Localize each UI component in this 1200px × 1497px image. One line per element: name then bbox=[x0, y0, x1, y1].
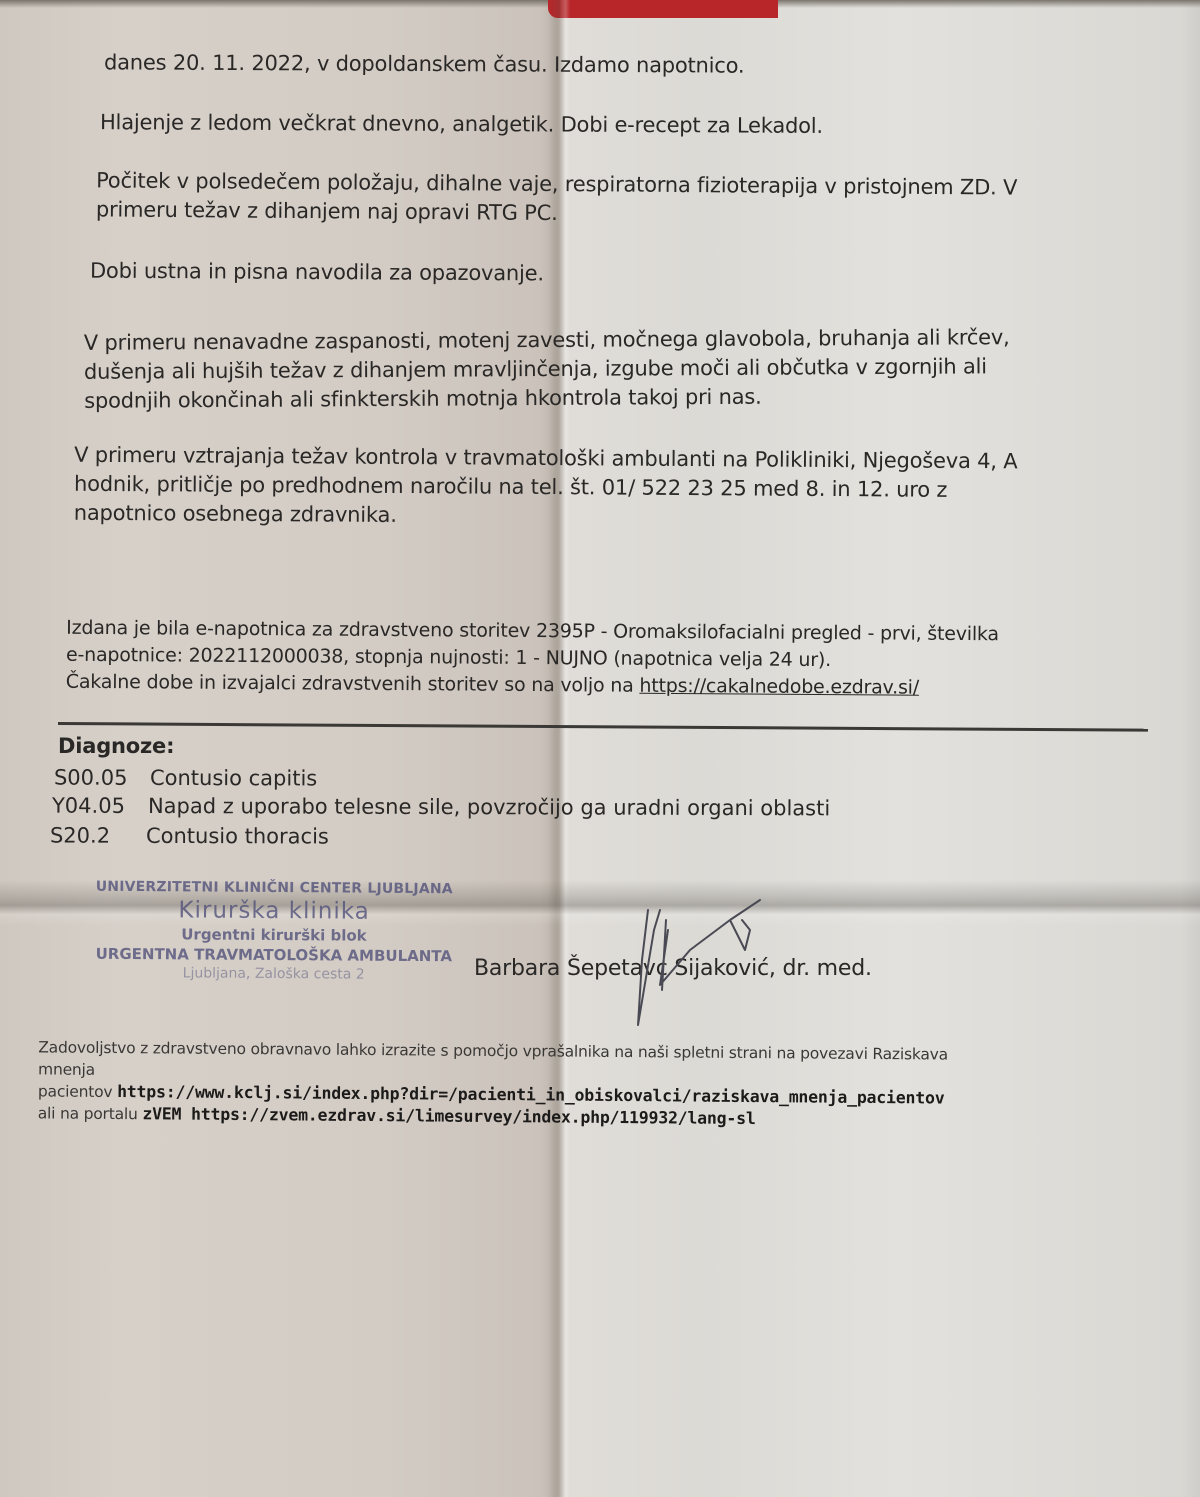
diagnosis-row: S20.2Contusio thoracis bbox=[50, 822, 329, 851]
stamp-line-clinic: Kirurška klinika bbox=[84, 897, 464, 926]
diagnoses-title: Diagnoze: bbox=[58, 732, 174, 761]
handwritten-signature bbox=[620, 890, 820, 1040]
paragraph-rest-instructions: Počitek v polsedečem položaju, dihalne v… bbox=[96, 166, 1018, 231]
paragraph-follow-up: V primeru vztrajanja težav kontrola v tr… bbox=[74, 441, 1018, 535]
diagnosis-code: S20.2 bbox=[50, 822, 146, 850]
referral-line-3-text: Čakalne dobe in izvajalci zdravstvenih s… bbox=[66, 671, 640, 697]
referral-info: Izdana je bila e-napotnica za zdravstven… bbox=[66, 615, 999, 703]
stamp-line-ambulance: URGENTNA TRAVMATOLOŠKA AMBULANTA bbox=[84, 945, 464, 966]
survey-line-4-text: ali na portalu bbox=[38, 1104, 143, 1123]
diagnosis-description: Napad z uporabo telesne sile, povzročijo… bbox=[148, 794, 830, 820]
diagnosis-row: Y04.05Napad z uporabo telesne sile, povz… bbox=[52, 792, 830, 823]
stamp-line-institution: UNIVERZITETNI KLINIČNI CENTER LJUBLJANA bbox=[84, 879, 464, 898]
paragraph-cooling-analgesic: Hlajenje z ledom večkrat dnevno, analget… bbox=[100, 108, 823, 141]
stamp-line-address: Ljubljana, Zaloška cesta 2 bbox=[84, 965, 464, 984]
diagnosis-row: S00.05Contusio capitis bbox=[54, 764, 317, 793]
diagnosis-code: Y04.05 bbox=[52, 792, 148, 820]
survey-line-3-text: pacientov bbox=[38, 1082, 117, 1101]
diagnosis-description: Contusio capitis bbox=[150, 766, 317, 791]
paragraph-line: spodnjih okončinah ali sfinkterskih motn… bbox=[84, 381, 1010, 416]
waiting-times-link[interactable]: https://cakalnedobe.ezdrav.si/ bbox=[639, 675, 919, 699]
stamp-line-block: Urgentni kirurški blok bbox=[84, 925, 464, 946]
paragraph-observation-instructions: Dobi ustna in pisna navodila za opazovan… bbox=[90, 257, 544, 289]
red-folder-tab bbox=[548, 0, 778, 18]
paragraph-exam-date: danes 20. 11. 2022, v dopoldanskem času.… bbox=[104, 48, 745, 80]
paragraph-warning-signs: V primeru nenavadne zaspanosti, motenj z… bbox=[84, 323, 1010, 416]
clinic-stamp: UNIVERZITETNI KLINIČNI CENTER LJUBLJANA … bbox=[84, 879, 465, 984]
survey-info: Zadovoljstvo z zdravstveno obravnavo lah… bbox=[38, 1036, 948, 1131]
zvem-survey-link[interactable]: zVEM https://zvem.ezdrav.si/limesurvey/i… bbox=[142, 1104, 755, 1128]
diagnosis-code: S00.05 bbox=[54, 764, 150, 792]
diagnosis-description: Contusio thoracis bbox=[146, 824, 329, 849]
paragraph-line: dušenja ali hujših težav z dihanjem mrav… bbox=[84, 352, 1010, 387]
